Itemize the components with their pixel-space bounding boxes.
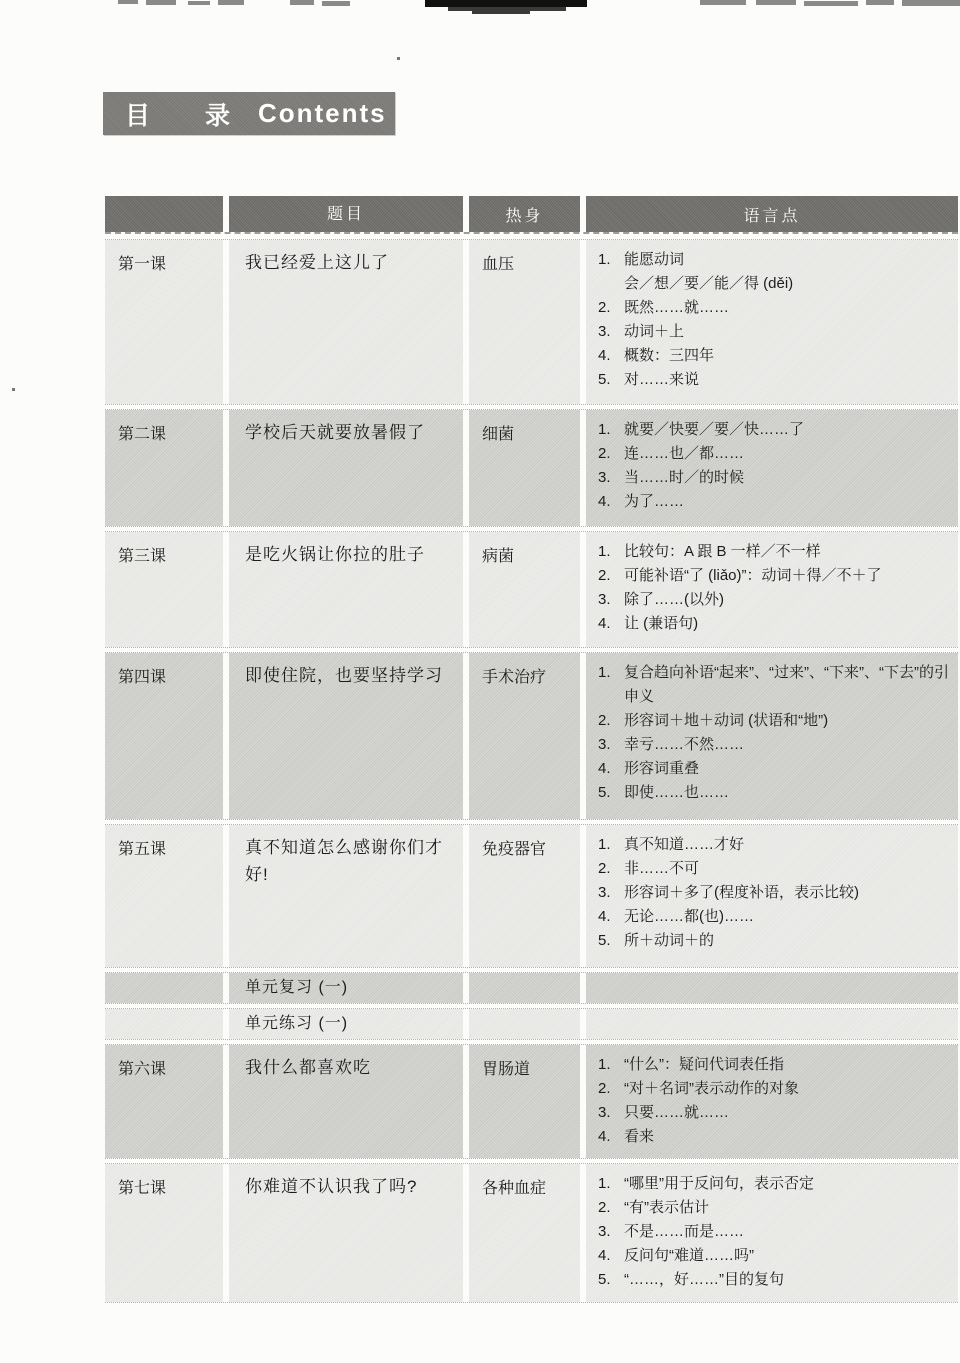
language-point: 4.让 (兼语句): [598, 612, 950, 636]
point-number: 2.: [598, 1077, 624, 1101]
points-cell: [586, 1009, 958, 1039]
language-point: 1.就要／快要／要／快……了: [598, 418, 950, 442]
point-text: 既然……就……: [624, 296, 950, 320]
banner-title-zh: 目 录: [125, 96, 254, 132]
points-cell: 1.真不知道……才好2.非……不可3.形容词＋多了(程度补语，表示比较)4.无论…: [586, 825, 958, 967]
point-text: 所＋动词＋的: [624, 929, 950, 953]
lesson-cell: [105, 1009, 223, 1039]
point-number: 2.: [598, 564, 624, 588]
points-cell: 1.比较句：A 跟 B 一样／不一样2.可能补语“了 (liǎo)”：动词＋得／…: [586, 532, 958, 647]
table-row: 单元复习 (一): [105, 972, 958, 1004]
point-number: 1.: [598, 540, 624, 564]
language-point: 3.只要……就……: [598, 1101, 950, 1125]
point-text: 除了……(以外): [624, 588, 950, 612]
point-text: 即使……也……: [624, 781, 950, 805]
point-text: 复合趋向补语“起来”、“过来”、“下来”、“下去”的引申义: [624, 661, 950, 709]
lesson-cell: 第一课: [105, 240, 223, 404]
point-text: 形容词＋多了(程度补语，表示比较): [624, 881, 950, 905]
point-text: 动词＋上: [624, 320, 950, 344]
point-text: 能愿动词 会／想／要／能／得 (děi): [624, 248, 950, 296]
language-point: 3.动词＋上: [598, 320, 950, 344]
point-text: 就要／快要／要／快……了: [624, 418, 950, 442]
lesson-cell: 第四课: [105, 653, 223, 819]
toc-header-row: 题目 热身 语言点: [105, 196, 958, 234]
points-cell: [586, 973, 958, 1003]
point-text: 为了……: [624, 490, 950, 514]
point-text: “哪里”用于反问句，表示否定: [624, 1172, 950, 1196]
table-row: 第四课 即使住院，也要坚持学习 手术治疗 1.复合趋向补语“起来”、“过来”、“…: [105, 652, 958, 820]
banner-title-en: Contents: [258, 98, 387, 129]
language-point: 1.“哪里”用于反问句，表示否定: [598, 1172, 950, 1196]
language-point: 4.看来: [598, 1125, 950, 1149]
point-number: 3.: [598, 466, 624, 490]
point-number: 4.: [598, 1244, 624, 1268]
point-text: 形容词重叠: [624, 757, 950, 781]
language-point: 2.“有”表示估计: [598, 1196, 950, 1220]
point-text: 非……不可: [624, 857, 950, 881]
point-number: 3.: [598, 881, 624, 905]
warmup-cell: 胃肠道: [469, 1045, 580, 1158]
title-cell: 是吃火锅让你拉的肚子: [229, 532, 463, 647]
point-text: 当……时／的时候: [624, 466, 950, 490]
language-point: 3.形容词＋多了(程度补语，表示比较): [598, 881, 950, 905]
point-number: 2.: [598, 709, 624, 733]
point-text: “有”表示估计: [624, 1196, 950, 1220]
point-number: 5.: [598, 1268, 624, 1292]
point-number: 3.: [598, 1220, 624, 1244]
warmup-cell: 免疫器官: [469, 825, 580, 967]
point-number: 1.: [598, 833, 624, 857]
point-text: “……，好……”目的复句: [624, 1268, 950, 1292]
warmup-cell: 血压: [469, 240, 580, 404]
warmup-cell: 各种血症: [469, 1164, 580, 1302]
language-point: 5.所＋动词＋的: [598, 929, 950, 953]
language-point: 2.形容词＋地＋动词 (状语和“地”): [598, 709, 950, 733]
point-number: 4.: [598, 612, 624, 636]
contents-banner: 目 录 Contents: [103, 92, 395, 135]
point-number: 4.: [598, 344, 624, 368]
language-point: 2.可能补语“了 (liǎo)”：动词＋得／不＋了: [598, 564, 950, 588]
point-text: 连……也／都……: [624, 442, 950, 466]
points-cell: 1.“什么”：疑问代词表任指2.“对＋名词”表示动作的对象3.只要……就……4.…: [586, 1045, 958, 1158]
language-point: 2.“对＋名词”表示动作的对象: [598, 1077, 950, 1101]
toc-table: 题目 热身 语言点 第一课 我已经爱上这儿了 血压 1.能愿动词 会／想／要／能…: [105, 196, 958, 1307]
language-point: 3.幸亏……不然……: [598, 733, 950, 757]
header-warmup: 热身: [469, 196, 580, 232]
point-number: 4.: [598, 490, 624, 514]
language-point: 4.为了……: [598, 490, 950, 514]
language-point: 4.形容词重叠: [598, 757, 950, 781]
point-text: 不是……而是……: [624, 1220, 950, 1244]
language-point: 1.“什么”：疑问代词表任指: [598, 1053, 950, 1077]
table-row: 第六课 我什么都喜欢吃 胃肠道 1.“什么”：疑问代词表任指2.“对＋名词”表示…: [105, 1044, 958, 1159]
table-row: 单元练习 (一): [105, 1008, 958, 1040]
point-number: 3.: [598, 733, 624, 757]
title-cell: 我已经爱上这儿了: [229, 240, 463, 404]
point-number: 1.: [598, 248, 624, 296]
warmup-cell: 病菌: [469, 532, 580, 647]
table-row: 第三课 是吃火锅让你拉的肚子 病菌 1.比较句：A 跟 B 一样／不一样2.可能…: [105, 531, 958, 648]
point-text: 概数：三四年: [624, 344, 950, 368]
point-text: 对……来说: [624, 368, 950, 392]
lesson-cell: 第三课: [105, 532, 223, 647]
point-number: 5.: [598, 929, 624, 953]
lesson-cell: 第五课: [105, 825, 223, 967]
table-row: 第七课 你难道不认识我了吗? 各种血症 1.“哪里”用于反问句，表示否定2.“有…: [105, 1163, 958, 1303]
point-number: 3.: [598, 320, 624, 344]
points-cell: 1.复合趋向补语“起来”、“过来”、“下来”、“下去”的引申义2.形容词＋地＋动…: [586, 653, 958, 819]
title-cell: 我什么都喜欢吃: [229, 1045, 463, 1158]
language-point: 1.比较句：A 跟 B 一样／不一样: [598, 540, 950, 564]
title-cell: 单元复习 (一): [229, 973, 463, 1003]
language-point: 2.既然……就……: [598, 296, 950, 320]
point-number: 1.: [598, 418, 624, 442]
point-number: 3.: [598, 588, 624, 612]
lesson-cell: 第七课: [105, 1164, 223, 1302]
warmup-cell: 手术治疗: [469, 653, 580, 819]
point-number: 2.: [598, 296, 624, 320]
language-point: 3.当……时／的时候: [598, 466, 950, 490]
point-number: 4.: [598, 1125, 624, 1149]
point-text: 只要……就……: [624, 1101, 950, 1125]
language-point: 4.反问句“难道……吗”: [598, 1244, 950, 1268]
point-number: 1.: [598, 1172, 624, 1196]
point-number: 1.: [598, 661, 624, 709]
point-number: 2.: [598, 1196, 624, 1220]
title-cell: 你难道不认识我了吗?: [229, 1164, 463, 1302]
point-text: 无论……都(也)……: [624, 905, 950, 929]
language-point: 3.除了……(以外): [598, 588, 950, 612]
table-row: 第一课 我已经爱上这儿了 血压 1.能愿动词 会／想／要／能／得 (děi)2.…: [105, 239, 958, 405]
language-point: 3.不是……而是……: [598, 1220, 950, 1244]
point-text: 真不知道……才好: [624, 833, 950, 857]
point-text: 让 (兼语句): [624, 612, 950, 636]
language-point: 5.对……来说: [598, 368, 950, 392]
points-cell: 1.能愿动词 会／想／要／能／得 (děi)2.既然……就……3.动词＋上4.概…: [586, 240, 958, 404]
lesson-cell: 第六课: [105, 1045, 223, 1158]
point-text: 反问句“难道……吗”: [624, 1244, 950, 1268]
point-text: “对＋名词”表示动作的对象: [624, 1077, 950, 1101]
language-point: 1.真不知道……才好: [598, 833, 950, 857]
title-cell: 学校后天就要放暑假了: [229, 410, 463, 526]
lesson-cell: 第二课: [105, 410, 223, 526]
lesson-cell: [105, 973, 223, 1003]
point-text: 比较句：A 跟 B 一样／不一样: [624, 540, 950, 564]
point-number: 5.: [598, 781, 624, 805]
point-text: 看来: [624, 1125, 950, 1149]
table-row: 第五课 真不知道怎么感谢你们才好! 免疫器官 1.真不知道……才好2.非……不可…: [105, 824, 958, 968]
point-text: “什么”：疑问代词表任指: [624, 1053, 950, 1077]
table-row: 第二课 学校后天就要放暑假了 细菌 1.就要／快要／要／快……了2.连……也／都…: [105, 409, 958, 527]
point-text: 形容词＋地＋动词 (状语和“地”): [624, 709, 950, 733]
header-lesson: [105, 196, 223, 232]
point-number: 4.: [598, 757, 624, 781]
language-point: 2.非……不可: [598, 857, 950, 881]
point-number: 2.: [598, 857, 624, 881]
title-cell: 真不知道怎么感谢你们才好!: [229, 825, 463, 967]
point-text: 可能补语“了 (liǎo)”：动词＋得／不＋了: [624, 564, 950, 588]
language-point: 5.“……，好……”目的复句: [598, 1268, 950, 1292]
toc-rows: 第一课 我已经爱上这儿了 血压 1.能愿动词 会／想／要／能／得 (děi)2.…: [105, 239, 958, 1303]
language-point: 1.能愿动词 会／想／要／能／得 (děi): [598, 248, 950, 296]
point-number: 1.: [598, 1053, 624, 1077]
language-point: 2.连……也／都……: [598, 442, 950, 466]
language-point: 4.概数：三四年: [598, 344, 950, 368]
header-points: 语言点: [586, 196, 958, 232]
point-number: 5.: [598, 368, 624, 392]
point-number: 4.: [598, 905, 624, 929]
point-number: 3.: [598, 1101, 624, 1125]
warmup-cell: [469, 1009, 580, 1039]
warmup-cell: 细菌: [469, 410, 580, 526]
points-cell: 1.“哪里”用于反问句，表示否定2.“有”表示估计3.不是……而是……4.反问句…: [586, 1164, 958, 1302]
language-point: 5.即使……也……: [598, 781, 950, 805]
header-title: 题目: [229, 196, 463, 232]
point-number: 2.: [598, 442, 624, 466]
title-cell: 即使住院，也要坚持学习: [229, 653, 463, 819]
language-point: 4.无论……都(也)……: [598, 905, 950, 929]
warmup-cell: [469, 973, 580, 1003]
title-cell: 单元练习 (一): [229, 1009, 463, 1039]
point-text: 幸亏……不然……: [624, 733, 950, 757]
points-cell: 1.就要／快要／要／快……了2.连……也／都……3.当……时／的时候4.为了……: [586, 410, 958, 526]
language-point: 1.复合趋向补语“起来”、“过来”、“下来”、“下去”的引申义: [598, 661, 950, 709]
